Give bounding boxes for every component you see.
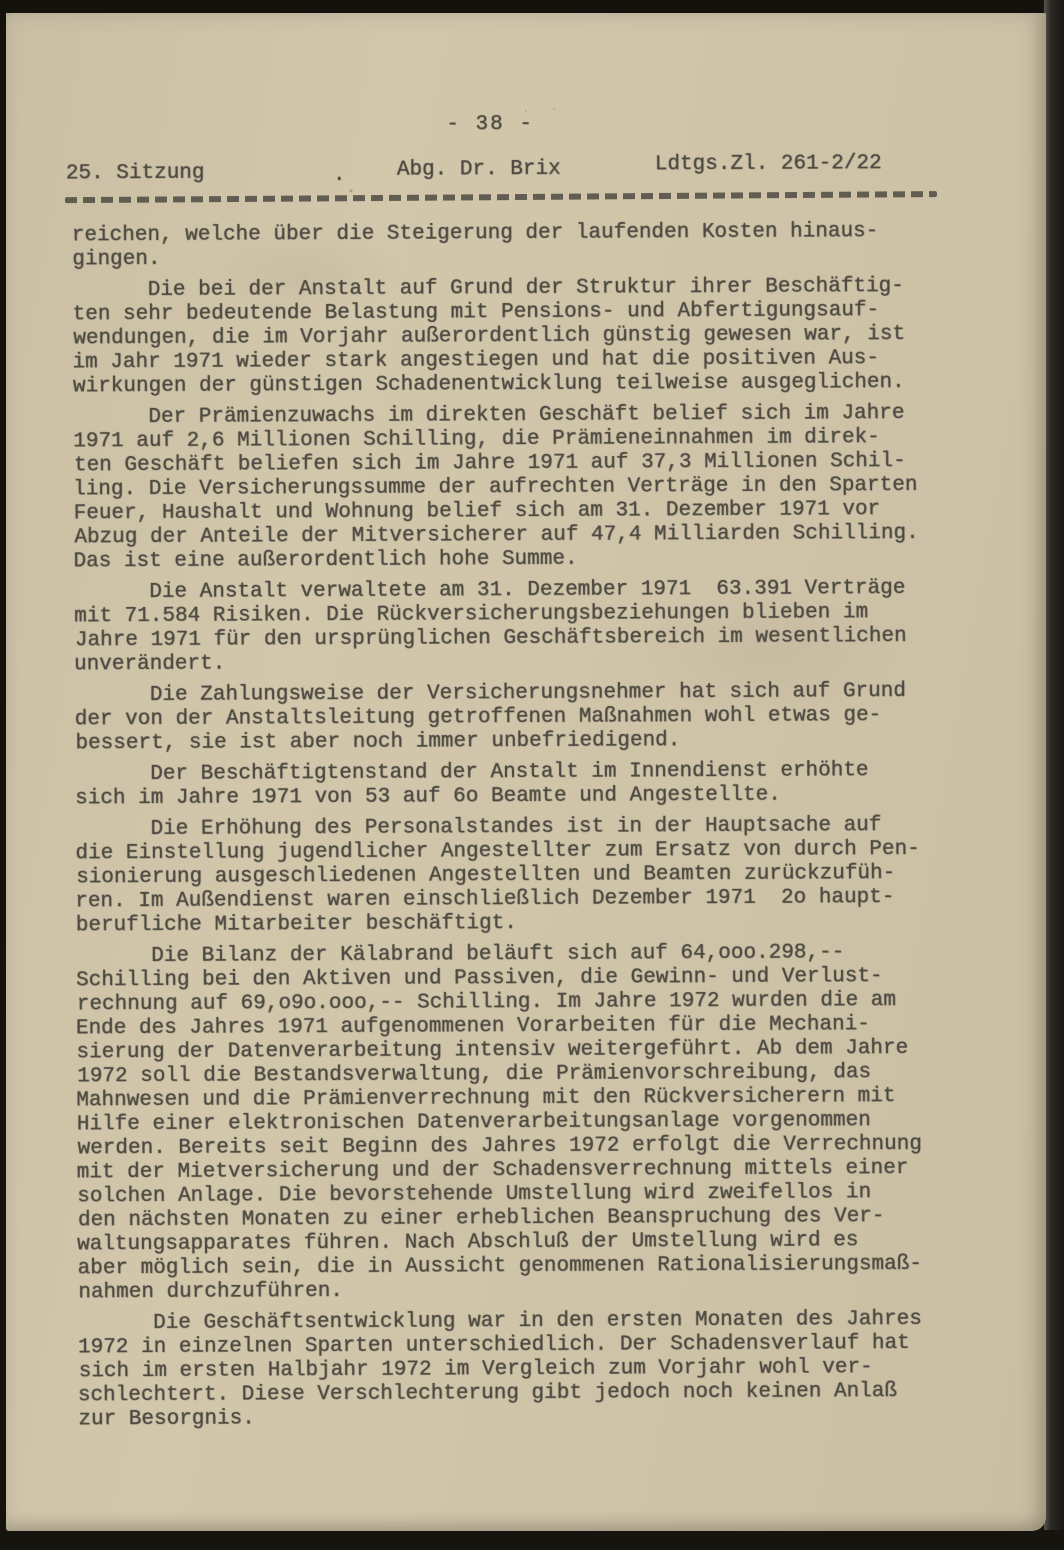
paragraph: reichen, welche über die Steigerung der … (72, 220, 982, 273)
paragraph: Die bei der Anstalt auf Grund der Strukt… (72, 275, 983, 400)
document-header: 25. Sitzung . Abg. Dr. Brix Ldtgs.Zl. 26… (2, 10, 1042, 15)
text-line: Die Anstalt verwaltete am 31. Dezember 1… (74, 577, 984, 606)
document-body: reichen, welche über die Steigerung der … (72, 220, 988, 1440)
speaker-label: Abg. Dr. Brix (397, 158, 561, 182)
text-line: reichen, welche über die Steigerung der … (72, 220, 982, 249)
paragraph: Der Prämienzuwachs im direkten Geschäft … (73, 402, 984, 575)
text-line: sich im Jahre 1971 von 53 auf 6o Beamte … (75, 783, 985, 812)
paragraph: Der Beschäftigtenstand der Anstalt im In… (75, 759, 985, 812)
text-line: Ende des Jahres 1971 aufgenommenen Vorar… (76, 1013, 986, 1042)
text-line: zur Besorgnis. (78, 1404, 988, 1433)
text-line: ren. Im Außendienst waren einschließlich… (75, 886, 985, 915)
dashed-divider (65, 191, 937, 203)
text-line: Das ist eine außerordentlich hohe Summe. (73, 546, 983, 575)
text-line: mit der Mietversicherung und der Schaden… (77, 1157, 987, 1186)
paragraph: Die Erhöhung des Personalstandes ist in … (75, 814, 986, 939)
text-line: bessert, sie ist aber noch immer unbefri… (75, 728, 985, 757)
text-line: schlechtert. Diese Verschlechterung gibt… (78, 1380, 988, 1409)
page-content: - 38 - 25. Sitzung . Abg. Dr. Brix Ldtgs… (2, 10, 1050, 1533)
text-line: berufliche Mitarbeiter beschäftigt. (76, 910, 986, 939)
text-line: Die Erhöhung des Personalstandes ist in … (75, 814, 985, 843)
session-label: 25. Sitzung (66, 162, 205, 186)
text-line: wirkungen der günstigen Schadenentwicklu… (73, 371, 983, 400)
text-line: Die Zahlungsweise der Versicherungsnehme… (74, 680, 984, 709)
text-line: Mahnwesen und die Prämienverrechnung mit… (76, 1085, 986, 1114)
text-line: ling. Die Versicherungssumme der aufrech… (73, 474, 983, 503)
scanner-edge-bottom (0, 1530, 1064, 1550)
text-line: im Jahr 1971 wieder stark angestiegen un… (72, 347, 982, 376)
page-number: - 38 - (3, 111, 978, 139)
text-line: Die Geschäftsentwicklung war in den erst… (77, 1308, 987, 1337)
text-line: Der Beschäftigtenstand der Anstalt im In… (75, 759, 985, 788)
paragraph: Die Geschäftsentwicklung war in den erst… (78, 1308, 989, 1433)
text-line: unverändert. (74, 649, 984, 678)
text-line: Der Prämienzuwachs im direkten Geschäft … (73, 402, 983, 431)
text-line: waltungsapparates führen. Nach Abschluß … (77, 1229, 987, 1258)
reference-number: Ldtgs.Zl. 261-2/22 (655, 152, 882, 176)
text-line: Die bei der Anstalt auf Grund der Strukt… (72, 275, 982, 304)
paragraph: Die Bilanz der Kälabrand beläuft sich au… (76, 941, 988, 1306)
paragraph: Die Anstalt verwaltete am 31. Dezember 1… (74, 577, 984, 678)
paragraph: Die Zahlungsweise der Versicherungsnehme… (75, 680, 985, 757)
header-separator-dot: . (333, 164, 346, 187)
text-line: Die Bilanz der Kälabrand beläuft sich au… (75, 941, 985, 970)
text-line: gingen. (72, 244, 982, 273)
scanned-paper-sheet: - 38 - 25. Sitzung . Abg. Dr. Brix Ldtgs… (6, 13, 1046, 1531)
text-line: nahmen durchzuführen. (78, 1277, 988, 1306)
